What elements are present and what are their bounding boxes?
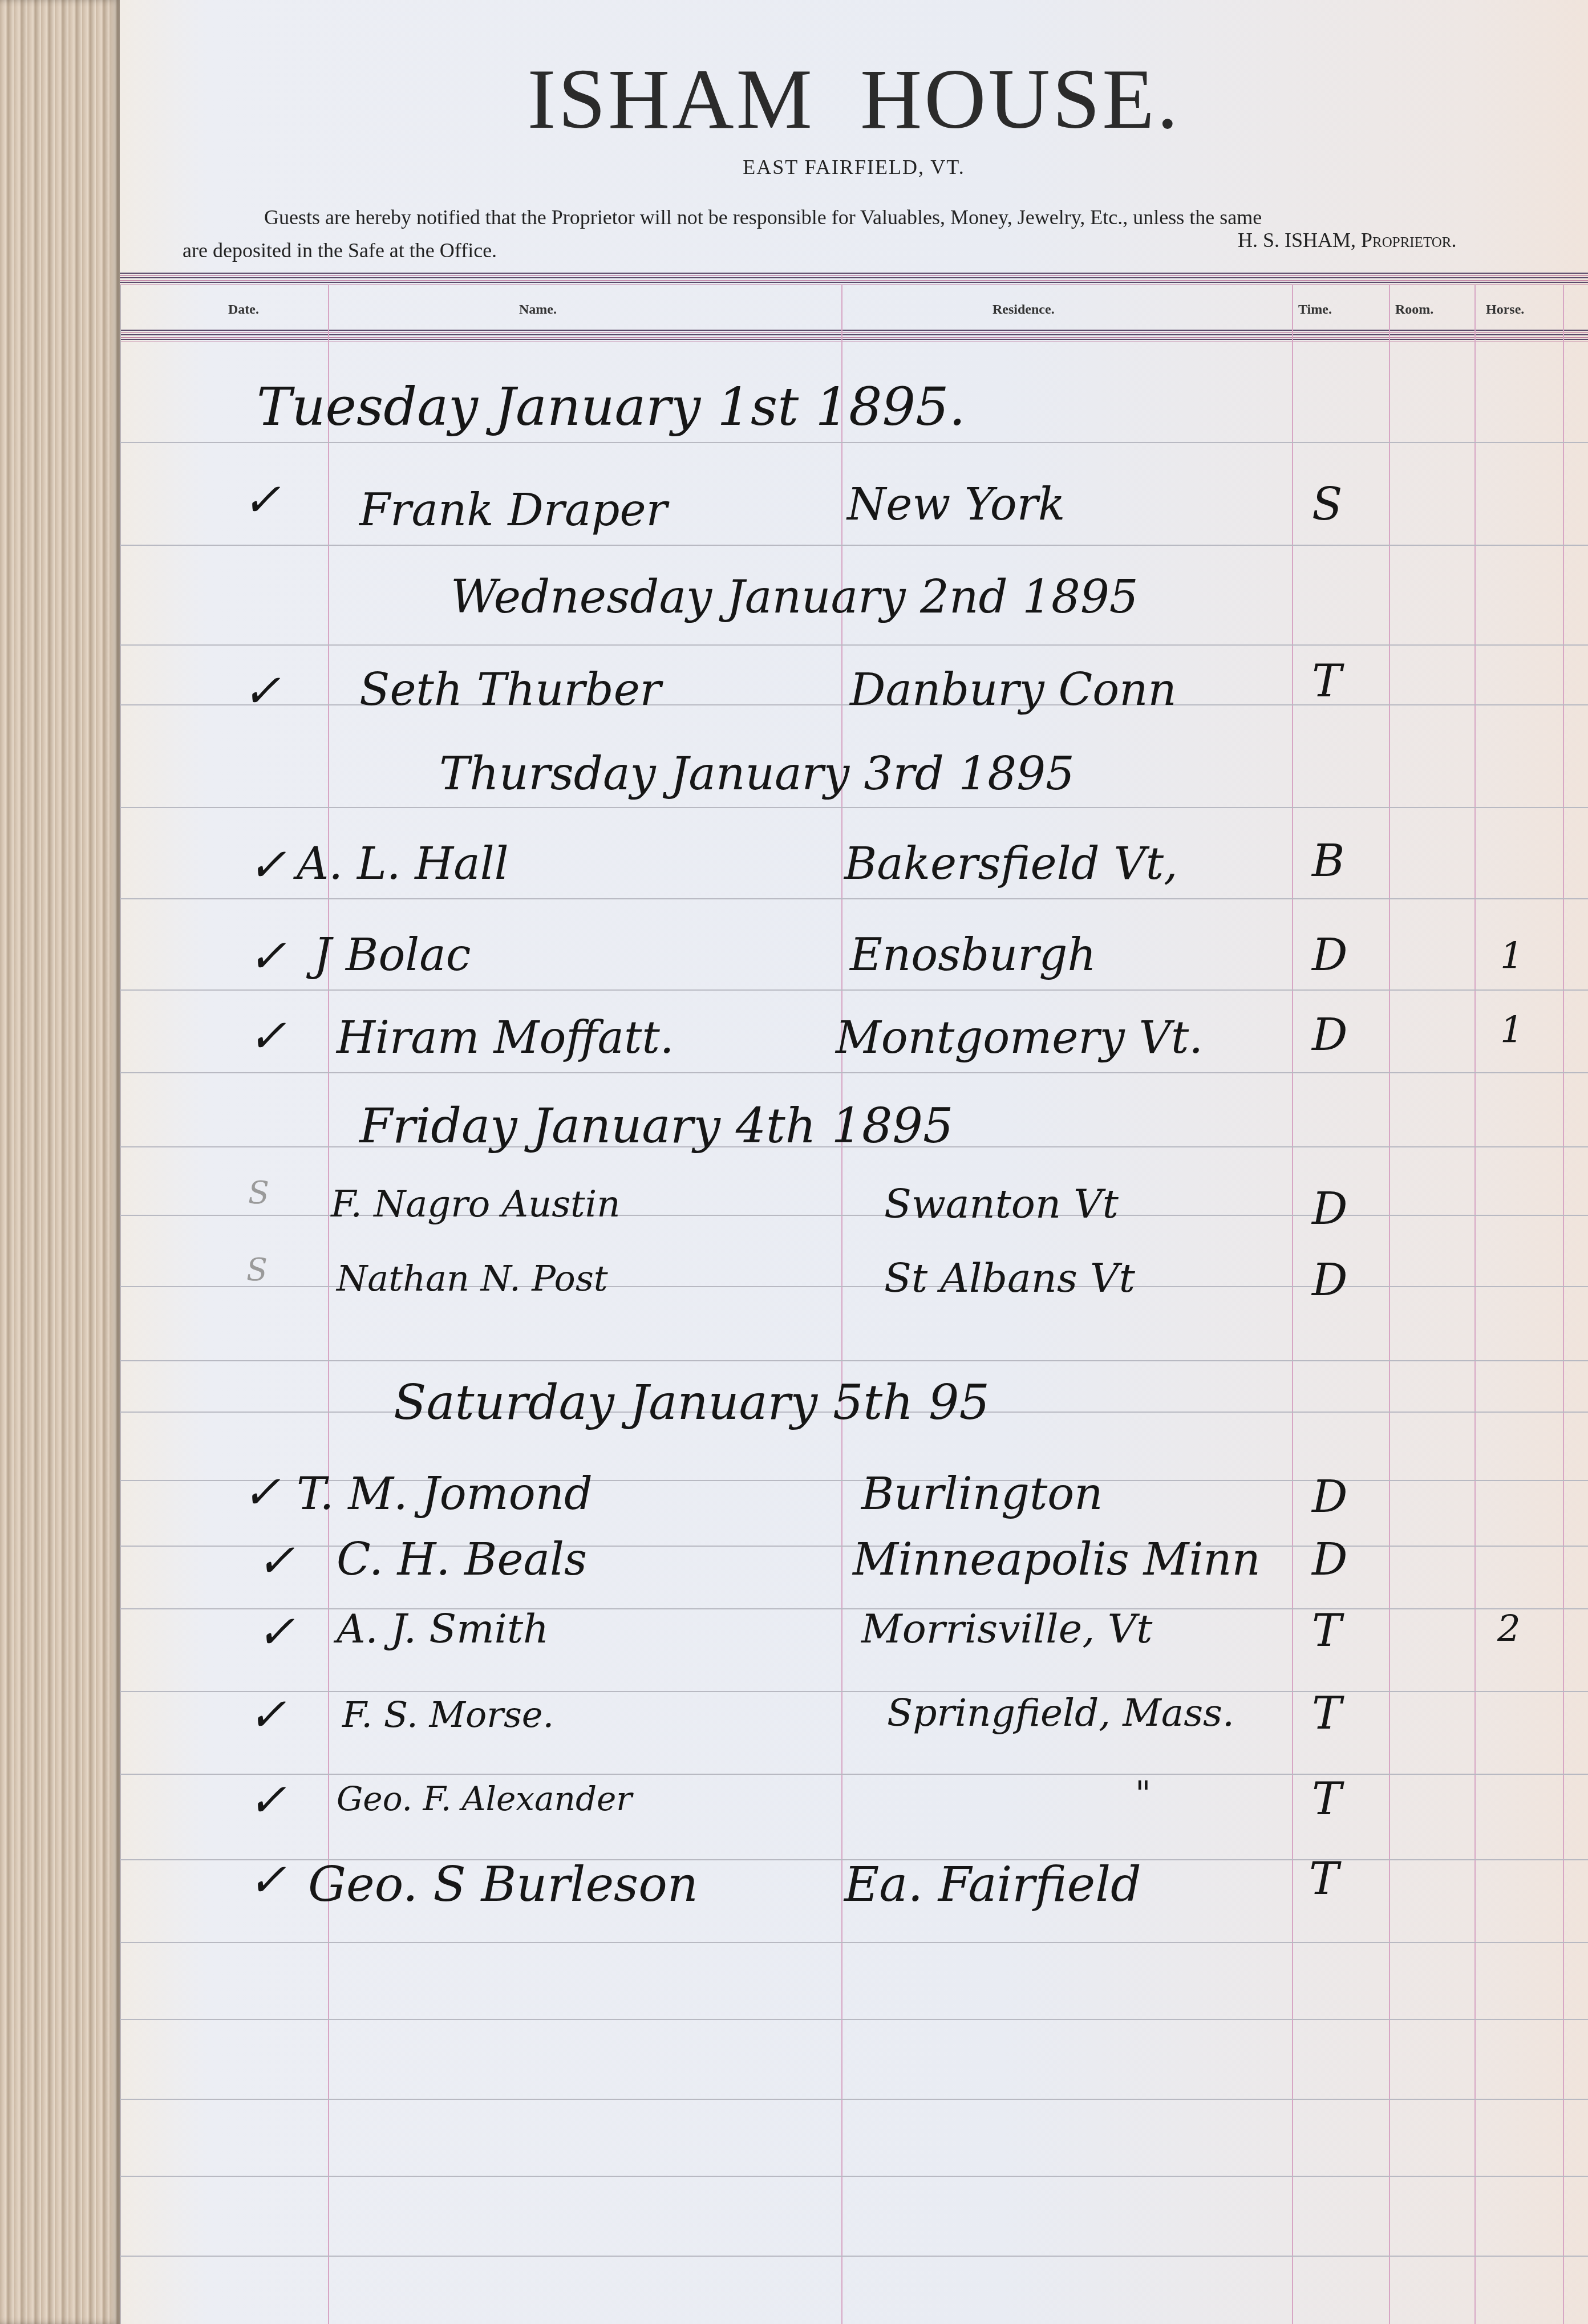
guest-name: C. H. Beals [337, 1534, 587, 1585]
guest-name: Hiram Moffatt. [337, 1012, 674, 1064]
check-mark: ✓ [242, 1466, 281, 1519]
guest-residence-ditto: " [1135, 1774, 1151, 1814]
guest-residence: Montgomery Vt. [836, 1012, 1203, 1064]
column-head-name: Name. [519, 302, 557, 318]
ruled-line [120, 2019, 1588, 2020]
horse-count: 1 [1500, 935, 1524, 978]
date-heading: Saturday January 5th 95 [394, 1374, 990, 1430]
guest-residence: Bakersfield Vt, [844, 838, 1178, 890]
guest-residence: Minneapolis Minn [853, 1534, 1261, 1585]
check-mark: ✓ [248, 930, 286, 983]
guest-name: Frank Draper [359, 485, 667, 536]
guest-name: T. M. Jomond [297, 1469, 593, 1520]
hotel-name: ISHAMHOUSE. [120, 50, 1588, 148]
hotel-name-word-1: ISHAM [528, 52, 815, 147]
guest-residence: Burlington [861, 1469, 1103, 1520]
ruled-line [120, 2176, 1588, 2177]
ruled-line [120, 989, 1588, 991]
ruled-line [120, 898, 1588, 899]
column-head-time: Time. [1298, 302, 1332, 318]
check-mark: ✓ [257, 1534, 295, 1587]
guest-residence: St Albans Vt [884, 1255, 1135, 1301]
proprietor-signature: H. S. ISHAM, Proprietor. [1238, 228, 1457, 252]
guest-residence: New York [847, 479, 1065, 530]
guest-name: Geo. F. Alexander [337, 1779, 632, 1818]
ruled-line [120, 1942, 1588, 1943]
column-rule [1389, 285, 1390, 2324]
ruled-line [120, 807, 1588, 808]
guest-residence: Swanton Vt [884, 1181, 1119, 1227]
hotel-name-word-2: HOUSE. [860, 52, 1181, 147]
ruled-line [120, 545, 1588, 546]
time-code: D [1312, 1009, 1348, 1061]
horse-count: 1 [1500, 1009, 1524, 1052]
column-head-room: Room. [1395, 302, 1433, 318]
guest-name: A. J. Smith [337, 1605, 549, 1652]
guest-residence: Ea. Fairfield [844, 1856, 1141, 1912]
pencil-margin-note: S [246, 1252, 268, 1288]
register-page: ISHAMHOUSE. EAST FAIRFIELD, VT. Guests a… [120, 0, 1588, 2324]
ruled-line [120, 1774, 1588, 1775]
time-code: T [1312, 1774, 1342, 1825]
guest-residence: Danbury Conn [850, 664, 1177, 716]
guest-name: A. L. Hall [297, 838, 509, 890]
time-code: T [1309, 1853, 1339, 1905]
ruled-line [120, 442, 1588, 443]
check-mark: ✓ [248, 838, 286, 891]
column-rule [1474, 285, 1476, 2324]
guest-name: Geo. S Burleson [308, 1856, 698, 1912]
horse-count: 2 [1497, 1608, 1521, 1650]
column-head-residence: Residence. [992, 302, 1055, 318]
ruled-line [120, 644, 1588, 646]
time-code: B [1312, 835, 1344, 887]
check-mark: ✓ [248, 1853, 286, 1907]
time-code: D [1312, 1183, 1348, 1235]
check-mark: ✓ [248, 1688, 286, 1741]
check-mark: ✓ [242, 664, 281, 717]
ruled-line [120, 1072, 1588, 1073]
time-code: D [1312, 1255, 1348, 1306]
time-code: D [1312, 1471, 1348, 1523]
pencil-margin-note: S [248, 1175, 269, 1211]
date-heading: Friday January 4th 1895 [359, 1098, 953, 1154]
check-mark: ✓ [248, 1774, 286, 1827]
column-rule [120, 285, 121, 2324]
guest-name: F. Nagro Austin [331, 1183, 620, 1226]
guest-name: Nathan N. Post [337, 1258, 608, 1299]
date-heading: Thursday January 3rd 1895 [439, 747, 1075, 800]
date-heading: Tuesday January 1st 1895. [257, 376, 966, 437]
date-heading: Wednesday January 2nd 1895 [451, 570, 1139, 623]
time-code: D [1312, 930, 1348, 981]
ruled-line [120, 1691, 1588, 1692]
column-head-date: Date. [228, 302, 259, 318]
hotel-location: EAST FAIRFIELD, VT. [120, 155, 1588, 179]
guest-name: Seth Thurber [359, 664, 661, 716]
column-rule [1563, 285, 1564, 2324]
check-mark: ✓ [242, 473, 281, 526]
ruled-line [120, 2099, 1588, 2100]
guest-residence: Springfield, Mass. [887, 1691, 1234, 1735]
check-mark: ✓ [257, 1605, 295, 1658]
time-code: S [1312, 479, 1342, 530]
header-rule-top [120, 273, 1588, 285]
column-head-horse: Horse. [1486, 302, 1524, 318]
column-rule [1292, 285, 1293, 2324]
header-rule-bottom [120, 330, 1588, 342]
guest-name: F. S. Morse. [342, 1694, 554, 1735]
time-code: D [1312, 1534, 1348, 1585]
book-page-edges [0, 0, 120, 2324]
time-code: T [1312, 1688, 1342, 1739]
notice-line-2: are deposited in the Safe at the Office. [183, 238, 497, 262]
ruled-line [120, 2256, 1588, 2257]
guest-residence: Enosburgh [850, 930, 1096, 981]
check-mark: ✓ [248, 1009, 286, 1062]
column-rule [328, 285, 329, 2324]
guest-name: J Bolac [314, 930, 471, 981]
ruled-line [120, 1360, 1588, 1361]
time-code: T [1312, 656, 1342, 707]
guest-residence: Morrisville, Vt [861, 1605, 1152, 1652]
time-code: T [1312, 1605, 1342, 1657]
notice-line-1: Guests are hereby notified that the Prop… [264, 205, 1262, 229]
